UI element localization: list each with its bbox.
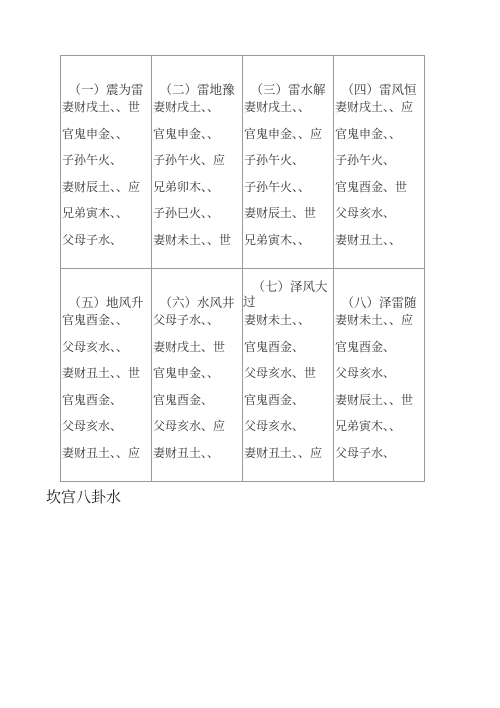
hexagram-cell: （一）震为雷 妻财戌土、、世 官鬼申金、、 子孙午火、 妻财辰土、、应 兄弟寅木… [61, 56, 152, 269]
hexagram-title-part: （七）泽风大 [252, 279, 327, 294]
hexagram-title: （二）雷地豫 [152, 80, 242, 98]
yao-line: 兄弟寅木、、 [62, 206, 140, 233]
yao-line: 兄弟寅木、、 [244, 233, 322, 260]
hexagram-cell: （七）泽风大 过 妻财未土、、 官鬼酉金、 父母亥水、世 官鬼酉金、 父母亥水、… [243, 269, 334, 482]
yao-line: 妻财戌土、世 [153, 340, 225, 367]
yao-line: 兄弟卯木、、 [153, 180, 231, 207]
yao-line: 官鬼申金、、应 [244, 127, 322, 154]
yao-line: 兄弟寅木、、 [335, 419, 413, 446]
yao-line: 父母亥水、应 [153, 419, 225, 446]
yao-line: 妻财丑土、、 [153, 446, 225, 473]
yao-line: 妻财辰土、、世 [335, 393, 413, 420]
yao-line: 子孙午火、 [62, 153, 140, 180]
hexagram-cell: （四）雷风恒 妻财戌土、、应 官鬼申金、、 子孙午火、 官鬼酉金、世 父母亥水、… [334, 56, 425, 269]
hexagram-title: （五）地风升 [61, 293, 151, 311]
yao-line: 妻财辰土、世 [244, 206, 322, 233]
hexagram-cell: （八）泽雷随 妻财未土、、应 官鬼酉金、 父母亥水、 妻财辰土、、世 兄弟寅木、… [334, 269, 425, 482]
yao-line: 父母亥水、 [62, 419, 140, 446]
yao-line: 官鬼酉金、 [244, 393, 322, 420]
yao-line: 妻财戌土、、应 [335, 100, 413, 127]
yao-line: 妻财丑土、、世 [62, 366, 140, 393]
yao-line: 父母亥水、、 [62, 340, 140, 367]
yao-line: 妻财未土、、世 [153, 233, 231, 260]
hexagram-title: （八）泽雷随 [334, 293, 424, 311]
yao-line: 妻财丑土、、 [335, 233, 413, 260]
yao-line: 妻财未土、、 [244, 313, 322, 340]
yao-line: 子孙午火、 [244, 153, 322, 180]
yao-line: 官鬼申金、、 [153, 127, 231, 154]
yao-line: 妻财辰土、、应 [62, 180, 140, 207]
yao-line: 父母亥水、世 [244, 366, 322, 393]
yao-line: 官鬼酉金、、 [62, 313, 140, 340]
yao-line: 官鬼申金、、 [153, 366, 225, 393]
yao-line: 妻财丑土、、应 [62, 446, 140, 473]
yao-line: 妻财戌土、、世 [62, 100, 140, 127]
yao-line: 官鬼酉金、世 [335, 180, 413, 207]
hexagram-title: （七）泽风大 过 [247, 279, 333, 309]
hexagram-table: （一）震为雷 妻财戌土、、世 官鬼申金、、 子孙午火、 妻财辰土、、应 兄弟寅木… [60, 55, 425, 482]
yao-line: 父母亥水、 [335, 206, 413, 233]
yao-line: 妻财戌土、、 [244, 100, 322, 127]
yao-line: 父母亥水、 [335, 366, 413, 393]
yao-line: 父母子水、 [335, 446, 413, 473]
hexagram-title: （四）雷风恒 [334, 80, 424, 98]
yao-line: 子孙午火、应 [153, 153, 231, 180]
hexagram-title: （三）雷水解 [243, 80, 333, 98]
yao-line: 官鬼酉金、 [62, 393, 140, 420]
hexagram-title: （一）震为雷 [61, 80, 151, 98]
yao-line: 子孙巳火、、 [153, 206, 231, 233]
yao-line: 子孙午火、、 [244, 180, 322, 207]
table-row: （五）地风升 官鬼酉金、、 父母亥水、、 妻财丑土、、世 官鬼酉金、 父母亥水、… [61, 269, 425, 482]
hexagram-cell: （二）雷地豫 妻财戌土、、 官鬼申金、、 子孙午火、应 兄弟卯木、、 子孙巳火、… [152, 56, 243, 269]
yao-line: 子孙午火、 [335, 153, 413, 180]
yao-line: 官鬼申金、、 [62, 127, 140, 154]
yao-line: 妻财戌土、、 [153, 100, 231, 127]
yao-line: 妻财丑土、、应 [244, 446, 322, 473]
yao-line: 官鬼申金、、 [335, 127, 413, 154]
table-row: （一）震为雷 妻财戌土、、世 官鬼申金、、 子孙午火、 妻财辰土、、应 兄弟寅木… [61, 56, 425, 269]
hexagram-title: （六）水风井 [152, 293, 242, 311]
hexagram-cell: （三）雷水解 妻财戌土、、 官鬼申金、、应 子孙午火、 子孙午火、、 妻财辰土、… [243, 56, 334, 269]
hexagram-cell: （五）地风升 官鬼酉金、、 父母亥水、、 妻财丑土、、世 官鬼酉金、 父母亥水、… [61, 269, 152, 482]
yao-line: 父母子水、、 [153, 313, 225, 340]
hexagram-cell: （六）水风井 父母子水、、 妻财戌土、世 官鬼申金、、 官鬼酉金、 父母亥水、应… [152, 269, 243, 482]
yao-line: 官鬼酉金、 [153, 393, 225, 420]
hexagram-title-part: 过 [243, 294, 333, 309]
yao-line: 官鬼酉金、 [335, 340, 413, 367]
section-caption: 坎宫八卦水 [46, 486, 121, 507]
yao-line: 官鬼酉金、 [244, 340, 322, 367]
yao-line: 父母亥水、 [244, 419, 322, 446]
yao-line: 父母子水、 [62, 233, 140, 260]
yao-line: 妻财未土、、应 [335, 313, 413, 340]
